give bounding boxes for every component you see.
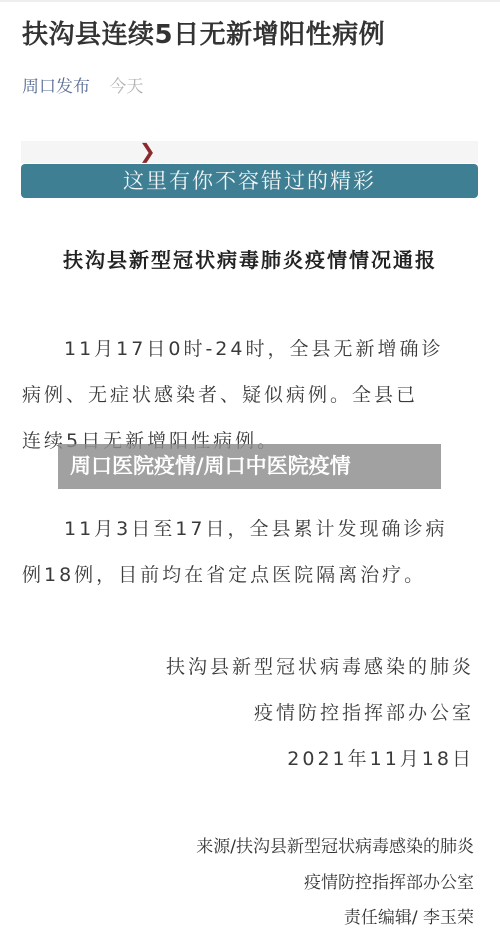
promo-banner: 这里有你不容错过的精彩 — [21, 164, 478, 198]
hook-icon: ❯ — [139, 141, 149, 163]
notice-heading: 扶沟县新型冠状病毒肺炎疫情情况通报 — [0, 244, 500, 273]
article-title: 扶沟县连续5日无新增阳性病例 — [22, 14, 385, 51]
publish-date: 今天 — [109, 77, 143, 97]
top-divider — [0, 0, 500, 2]
footer-editor: 责任编辑/ 李玉荣 — [344, 903, 474, 928]
article-meta: 周口发布 今天 — [22, 72, 143, 97]
paragraph-line: 例18例，目前均在省定点医院隔离治疗。 — [22, 552, 480, 598]
overlay-caption: 周口医院疫情/周口中医院疫情 — [58, 444, 441, 489]
paragraph-line: 病例、无症状感染者、疑似病例。全县已 — [22, 372, 480, 418]
paragraph-line: 11月17日0时-24时，全县无新增确诊 — [22, 326, 480, 372]
signature-org-line-1: 扶沟县新型冠状病毒感染的肺炎 — [166, 652, 474, 679]
footer-source-line-1: 来源/扶沟县新型冠状病毒感染的肺炎 — [196, 832, 474, 857]
source-account-link[interactable]: 周口发布 — [22, 77, 90, 97]
paragraph-line: 11月3日至17日，全县累计发现确诊病 — [22, 506, 480, 552]
footer-source-line-2: 疫情防控指挥部办公室 — [304, 868, 474, 893]
signature-org-line-2: 疫情防控指挥部办公室 — [254, 698, 474, 725]
signature-date: 2021年11月18日 — [287, 744, 474, 771]
notice-paragraph-2: 11月3日至17日，全县累计发现确诊病 例18例，目前均在省定点医院隔离治疗。 — [22, 506, 480, 598]
banner-image-strip — [21, 141, 478, 163]
